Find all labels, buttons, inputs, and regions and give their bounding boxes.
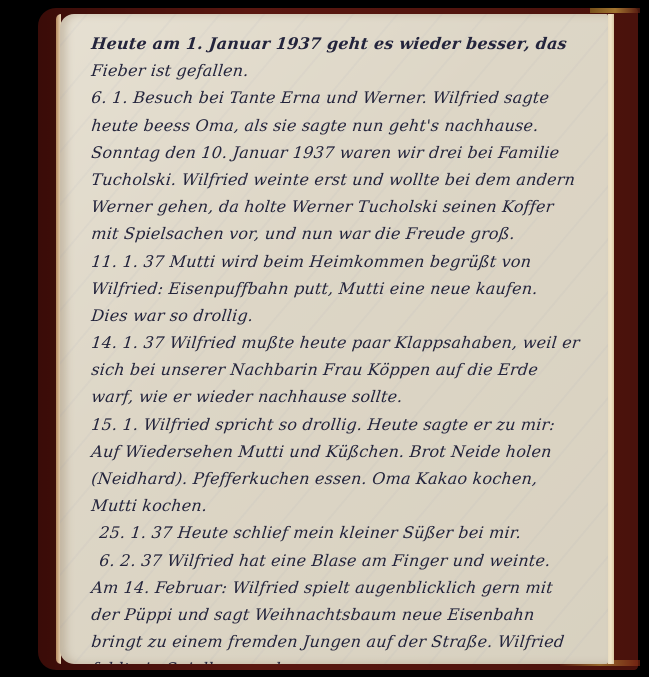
text-line-21: Am 14. Februar: Wilfried spielt augenbli… xyxy=(90,574,608,601)
text-line-24: fehlt ein Spielkamerad. xyxy=(90,655,608,664)
text-line-3: 6. 1. Besuch bei Tante Erna und Werner. … xyxy=(90,84,608,111)
text-line-7: Werner gehen, da holte Werner Tucholski … xyxy=(90,193,608,220)
text-line-17: (Neidhard). Pfefferkuchen essen. Oma Kak… xyxy=(90,465,608,492)
text-line-8: mit Spielsachen vor, und nun war die Fre… xyxy=(90,220,608,247)
text-line-16: Auf Wiedersehen Mutti und Küßchen. Brot … xyxy=(90,438,608,465)
text-line-13: sich bei unserer Nachbarin Frau Köppen a… xyxy=(90,356,608,383)
cover-edge-top xyxy=(590,8,640,13)
text-line-23: bringt zu einem fremden Jungen auf der S… xyxy=(90,628,608,655)
text-line-12: 14. 1. 37 Wilfried mußte heute paar Klap… xyxy=(90,329,608,356)
text-line-19: 25. 1. 37 Heute schlief mein kleiner Süß… xyxy=(90,519,608,546)
text-line-11: Dies war so drollig. xyxy=(90,302,608,329)
text-line-2: Fieber ist gefallen. xyxy=(90,57,608,84)
text-line-20: 6. 2. 37 Wilfried hat eine Blase am Fing… xyxy=(90,547,608,574)
text-line-9: 11. 1. 37 Mutti wird beim Heimkommen beg… xyxy=(90,248,608,275)
text-line-1: Heute am 1. Januar 1937 geht es wieder b… xyxy=(90,30,608,57)
text-line-22: der Püppi und sagt Weihnachtsbaum neue E… xyxy=(90,601,608,628)
text-line-14: warf, wie er wieder nachhause sollte. xyxy=(90,383,608,410)
text-line-18: Mutti kochen. xyxy=(90,492,608,519)
text-line-6: Tucholski. Wilfried weinte erst und woll… xyxy=(90,166,608,193)
handwritten-text: Heute am 1. Januar 1937 geht es wieder b… xyxy=(90,30,608,664)
text-line-10: Wilfried: Eisenpuffbahn putt, Mutti eine… xyxy=(90,275,608,302)
text-line-5: Sonntag den 10. Januar 1937 waren wir dr… xyxy=(90,139,608,166)
text-line-15: 15. 1. Wilfried spricht so drollig. Heut… xyxy=(90,411,608,438)
diary-page: Heute am 1. Januar 1937 geht es wieder b… xyxy=(60,14,608,664)
text-line-4: heute beess Oma, als sie sagte nun geht'… xyxy=(90,112,608,139)
page-edge xyxy=(608,14,614,664)
